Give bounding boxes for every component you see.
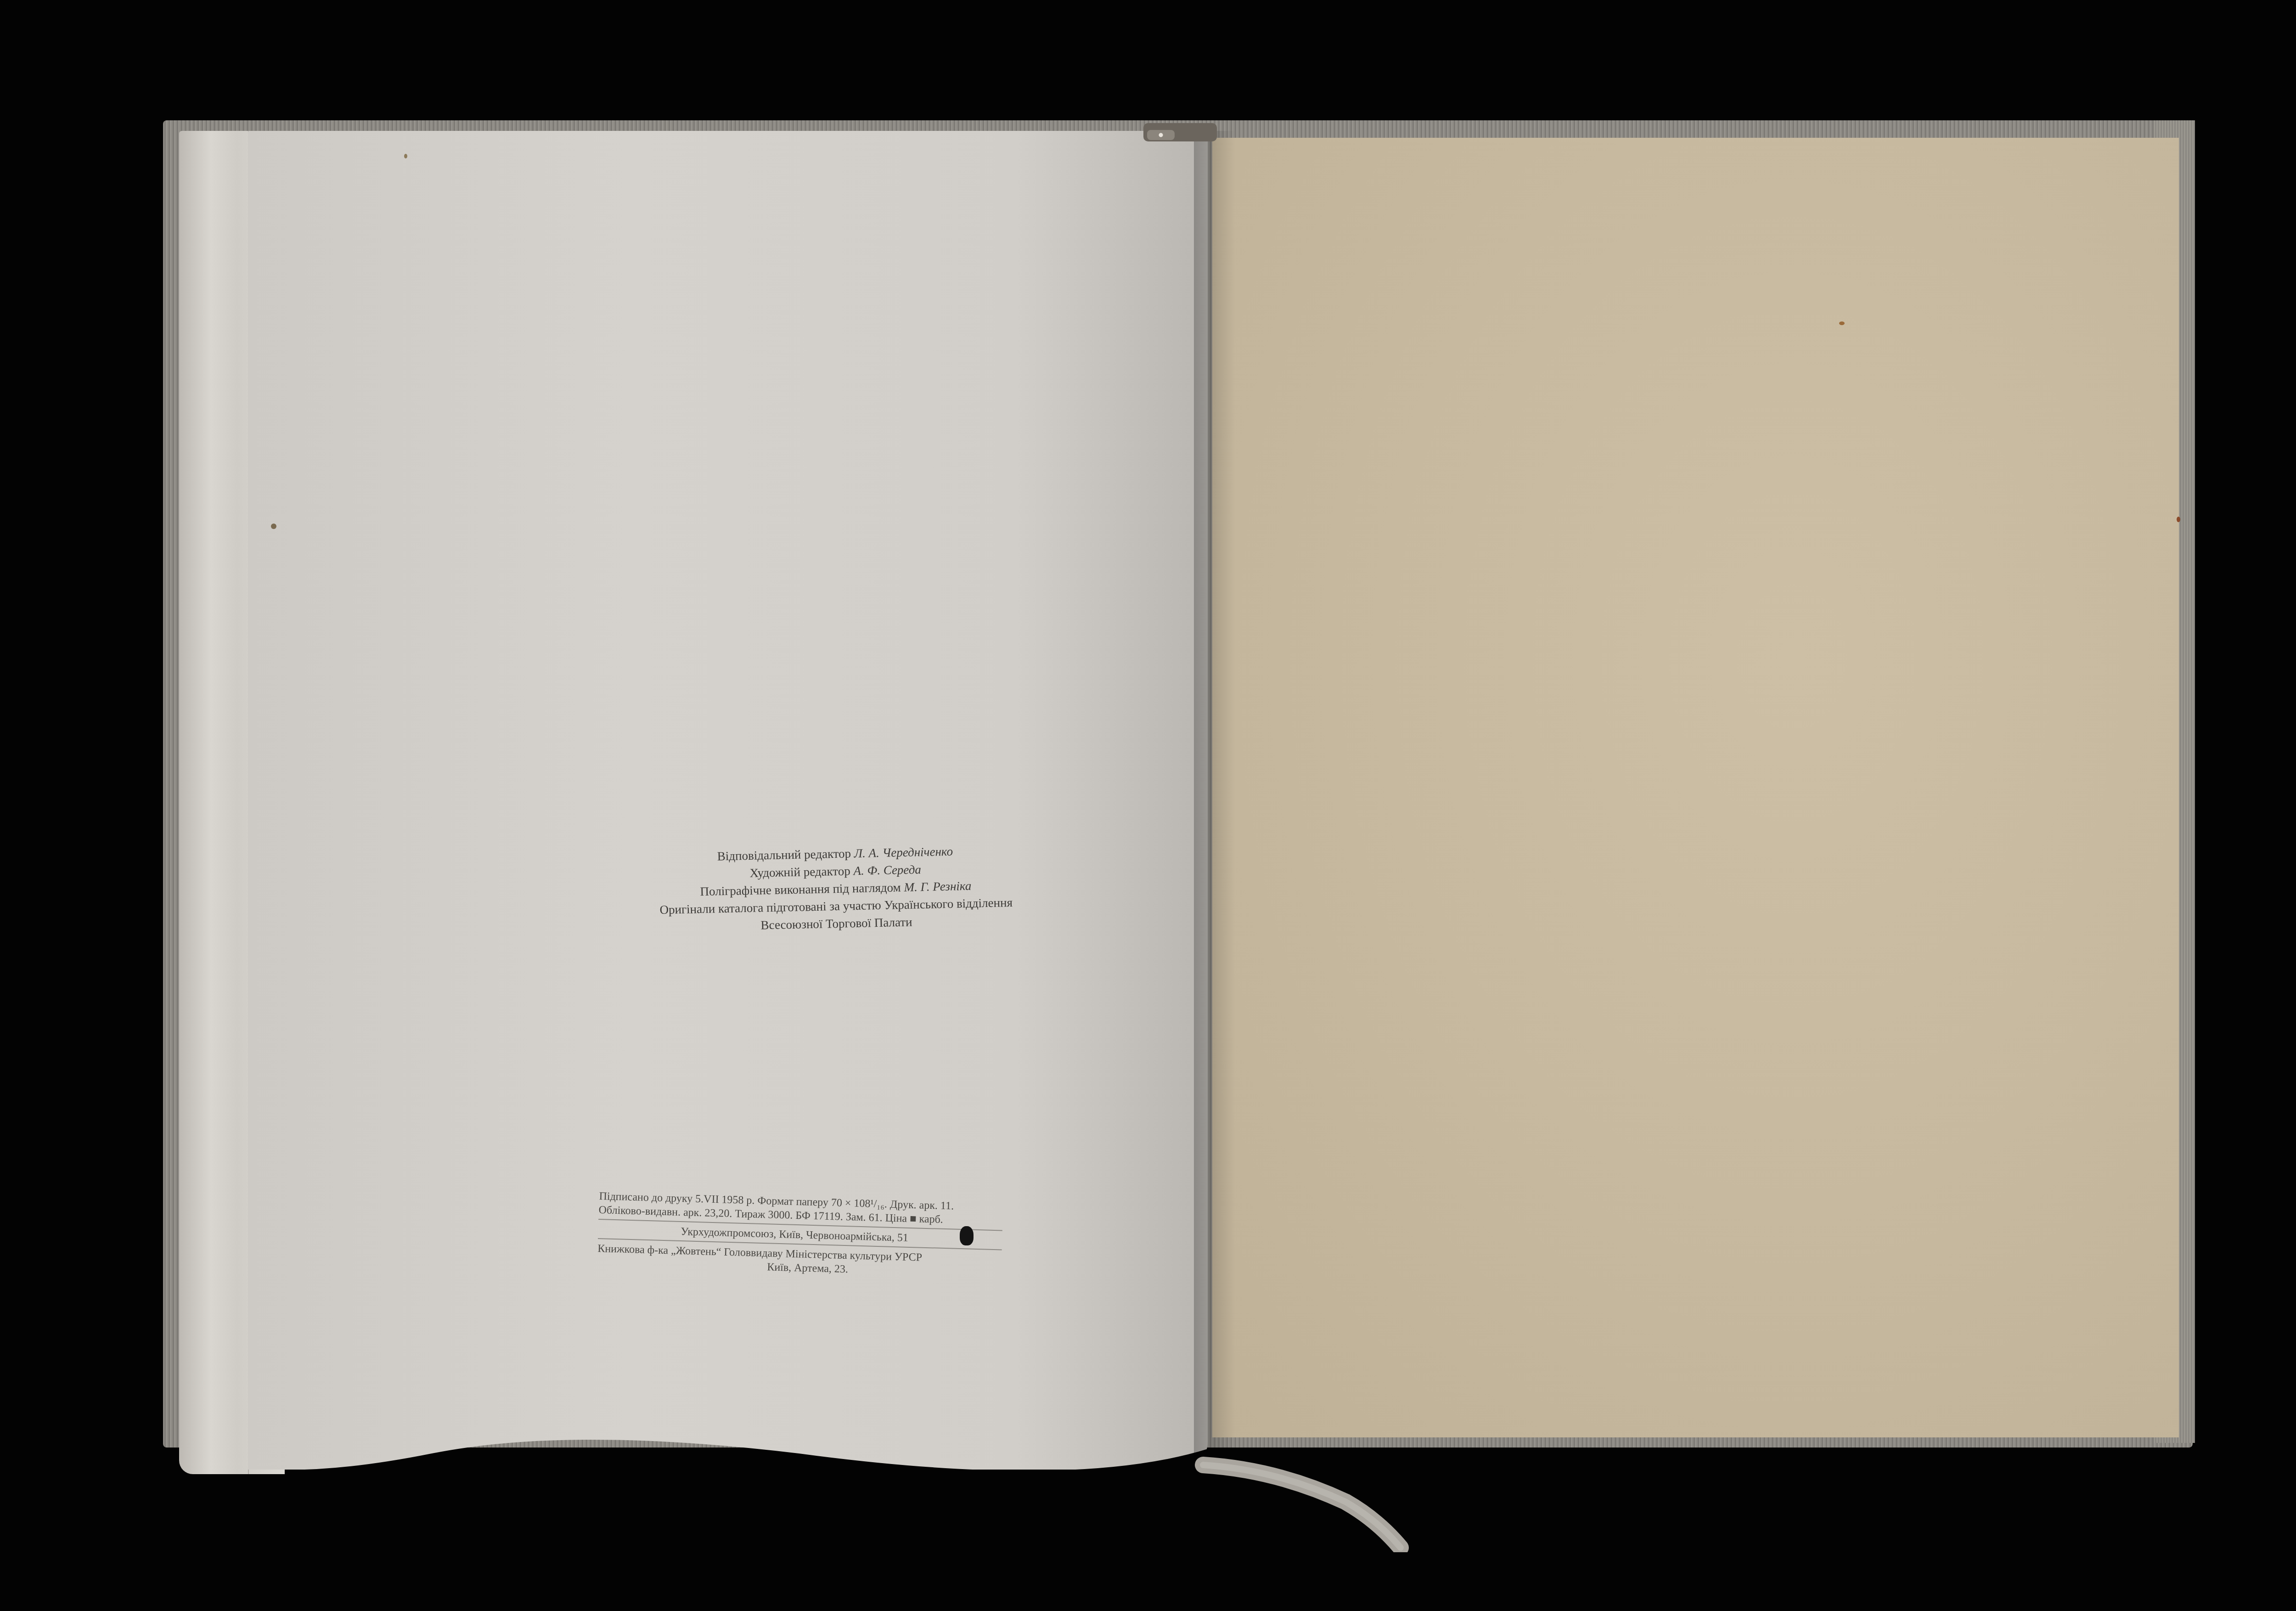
page-speck	[1839, 321, 1845, 325]
page-speck	[2177, 517, 2180, 522]
photo-stage: Відповідальний редактор Л. А. Череднічен…	[0, 0, 2296, 1611]
credits-block: Відповідальний редактор Л. А. Череднічен…	[614, 840, 1057, 937]
headband	[1147, 130, 1175, 140]
page-speck	[404, 154, 407, 158]
right-page-endpaper	[1212, 138, 2179, 1437]
spine-gutter-shadow	[1194, 131, 1235, 1463]
ink-blot	[960, 1226, 974, 1245]
bookmark-ribbon	[1162, 1442, 1419, 1552]
imprint-block: Підписано до друку 5.VII 1958 р. Формат …	[597, 1189, 1013, 1281]
page-speck	[271, 524, 276, 529]
